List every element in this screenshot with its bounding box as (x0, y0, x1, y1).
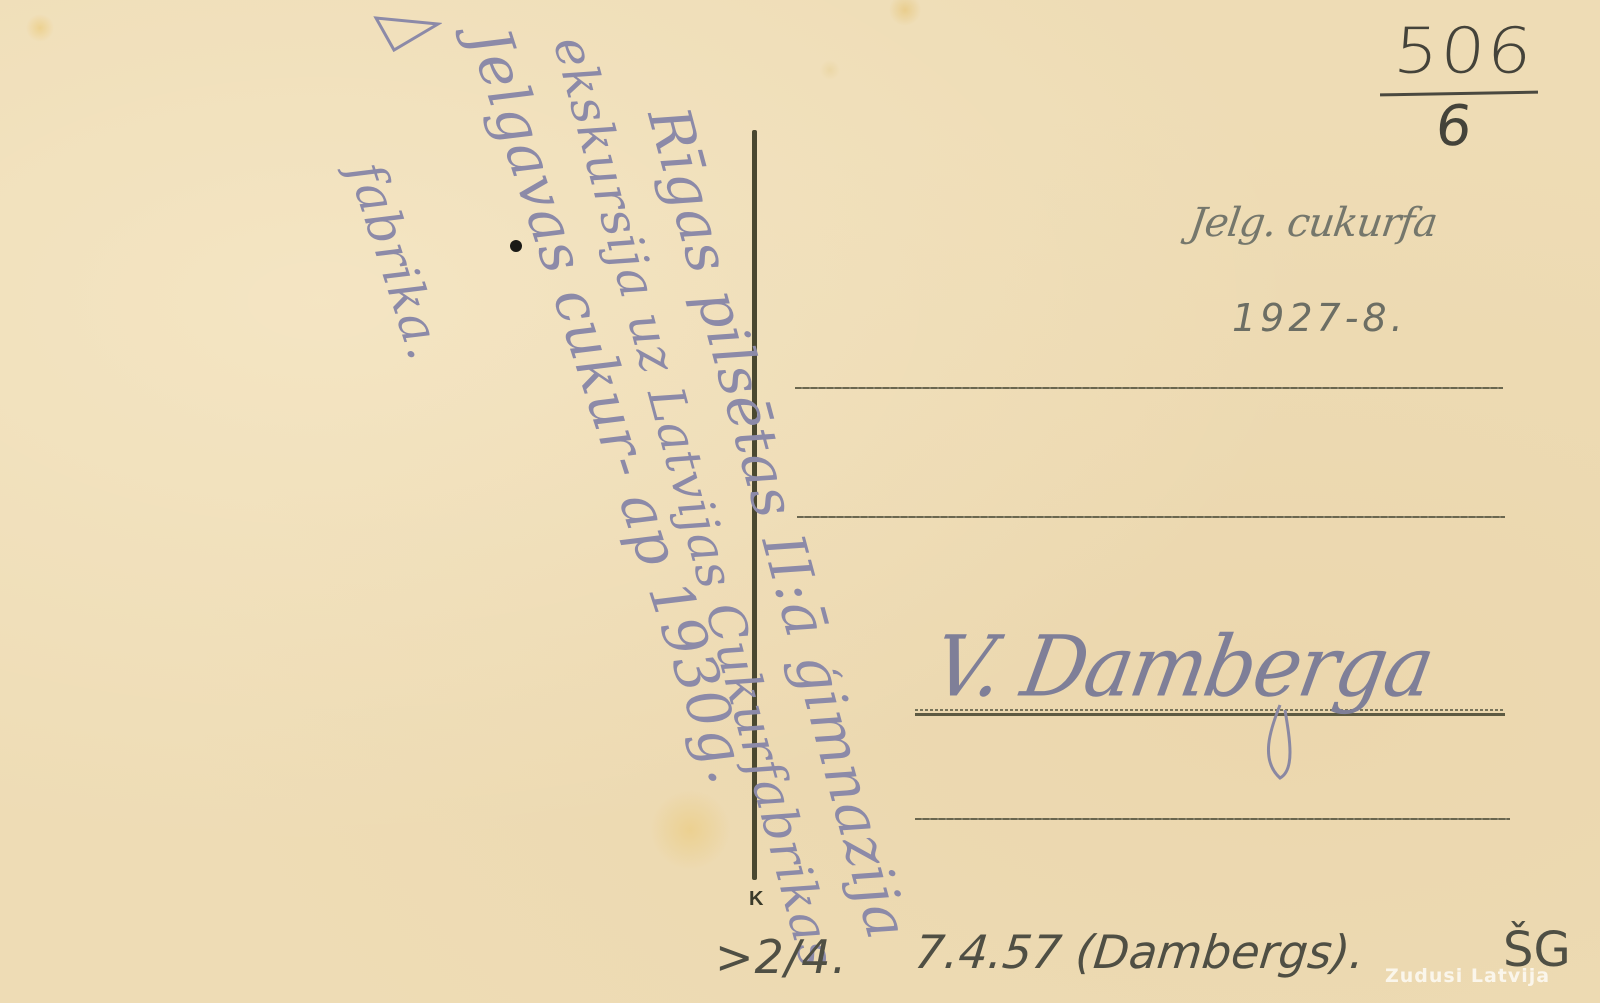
inscription-line-2: ekskursija uz Latvijas Cukurfabrikas (542, 30, 847, 975)
pencil-note-place: Jelg. cukurfa (1187, 200, 1440, 246)
signature-descender (1250, 700, 1310, 790)
watermark: Zudusi Latvija (1385, 965, 1550, 987)
archive-number-bottom: 6 (1433, 94, 1475, 159)
printer-mark: K (749, 888, 763, 911)
archive-number-top: 506 (1391, 14, 1536, 88)
triangle-mark-icon (372, 14, 442, 54)
inscription-line-1: Rīgas pilsētas II:ā ģimnazija (634, 100, 922, 947)
postcard-back: 506 6 Jelg. cukurfa 1927-8. K V. Damberg… (0, 0, 1600, 1003)
pencil-note-year: 1927-8. (1232, 296, 1407, 340)
bottom-ref-left: >2/4. (715, 930, 847, 984)
address-line-1 (795, 387, 1503, 389)
address-line-2 (797, 516, 1505, 518)
signature: V. Damberga (926, 618, 1439, 716)
bottom-ref-middle: 7.4.57 (Dambergs). (912, 925, 1367, 979)
inscription-line-4: fabrika. (337, 155, 455, 367)
address-line-4 (915, 818, 1510, 820)
ink-dot (510, 240, 522, 252)
center-divider-line (752, 130, 757, 880)
inscription-line-3: Jelgavas cukur- ap 1930g. (455, 20, 764, 792)
vertical-inscription: Rīgas pilsētas II:ā ģimnazija ekskursija… (0, 0, 1600, 1003)
archive-number: 506 6 (1388, 0, 1548, 160)
